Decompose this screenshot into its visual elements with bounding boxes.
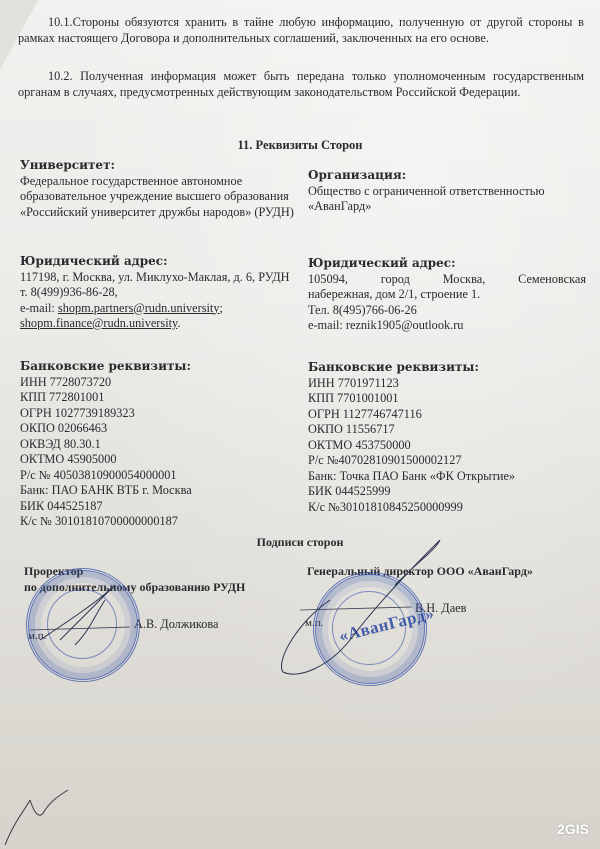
bank-line: ОКПО 11556717 bbox=[308, 422, 586, 438]
bank-line: ОГРН 1027739189323 bbox=[20, 406, 305, 422]
bank-line: БИК 044525999 bbox=[308, 484, 586, 500]
university-seal-stamp bbox=[26, 568, 140, 682]
bank-line: ОГРН 1127746747116 bbox=[308, 407, 586, 423]
bank-line: ОКТМО 45905000 bbox=[20, 452, 305, 468]
university-bank-label: Банковские реквизиты: bbox=[20, 359, 305, 375]
organization-name: Общество с ограниченной ответственностью… bbox=[308, 184, 586, 215]
organization-block: Организация: Общество с ограниченной отв… bbox=[308, 168, 586, 215]
2gis-watermark: 2GIS bbox=[557, 821, 589, 837]
bank-line: Банк: ПАО БАНК ВТБ г. Москва bbox=[20, 483, 305, 499]
bank-line: К/с №30101810845250000999 bbox=[308, 500, 586, 516]
university-address-label: Юридический адрес: bbox=[20, 254, 305, 270]
bank-line: ОКТМО 453750000 bbox=[308, 438, 586, 454]
organization-label: Организация: bbox=[308, 168, 586, 184]
bank-line: К/с № 30101810700000000187 bbox=[20, 514, 305, 530]
bank-line: КПП 7701001001 bbox=[308, 391, 586, 407]
organization-email: e-mail: reznik1905@outlook.ru bbox=[308, 318, 586, 334]
email-prefix: e-mail: bbox=[20, 301, 58, 315]
university-address: 117198, г. Москва, ул. Миклухо-Маклая, д… bbox=[20, 270, 305, 286]
email-end: . bbox=[177, 316, 180, 330]
organization-bank-label: Банковские реквизиты: bbox=[308, 360, 586, 376]
university-phone: т. 8(499)936-86-28, bbox=[20, 285, 305, 301]
right-signer-role: Генеральный директор ООО «АванГард» bbox=[307, 563, 533, 579]
organization-address-block: Юридический адрес: 105094, город Москва,… bbox=[308, 256, 586, 334]
organization-bank-block: Банковские реквизиты: ИНН 7701971123 КПП… bbox=[308, 360, 586, 515]
signatures-title: Подписи сторон bbox=[0, 535, 600, 550]
university-bank-block: Банковские реквизиты: ИНН 7728073720 КПП… bbox=[20, 359, 305, 530]
email-link-finance[interactable]: shopm.finance@rudn.university bbox=[20, 316, 177, 330]
bank-line: ОКВЭД 80.30.1 bbox=[20, 437, 305, 453]
organization-address-line2: набережная, дом 2/1, строение 1. bbox=[308, 287, 586, 303]
bank-line: Банк: Точка ПАО Банк «ФК Открытие» bbox=[308, 469, 586, 485]
email-link-partners[interactable]: shopm.partners@rudn.university bbox=[58, 301, 220, 315]
seal-inner-ring bbox=[47, 589, 117, 659]
university-block: Университет: Федеральное государственное… bbox=[20, 158, 305, 220]
clause-10-2: 10.2. Полученная информация может быть п… bbox=[18, 68, 584, 100]
bank-line: ИНН 7728073720 bbox=[20, 375, 305, 391]
section-title: 11. Реквизиты Сторон bbox=[0, 138, 600, 153]
bank-line: КПП 772801001 bbox=[20, 390, 305, 406]
university-email-line: e-mail: shopm.partners@rudn.university; bbox=[20, 301, 305, 317]
university-address-block: Юридический адрес: 117198, г. Москва, ул… bbox=[20, 254, 305, 332]
organization-address-line1: 105094, город Москва, Семеновская bbox=[308, 272, 586, 288]
bank-line: ОКПО 02066463 bbox=[20, 421, 305, 437]
bank-line: БИК 044525187 bbox=[20, 499, 305, 515]
clause-10-1: 10.1.Стороны обязуются хранить в тайне л… bbox=[18, 14, 584, 46]
organization-phone: Тел. 8(495)766-06-26 bbox=[308, 303, 586, 319]
email-separator: ; bbox=[220, 301, 223, 315]
bank-line: ИНН 7701971123 bbox=[308, 376, 586, 392]
bank-line: Р/с №40702810901500002127 bbox=[308, 453, 586, 469]
bank-line: Р/с № 40503810900054000001 bbox=[20, 468, 305, 484]
organization-seal-stamp: «АванГард» bbox=[313, 572, 427, 686]
left-signer-name: А.В. Должикова bbox=[134, 617, 219, 632]
organization-address-label: Юридический адрес: bbox=[308, 256, 586, 272]
university-name: Федеральное государственное автономное о… bbox=[20, 174, 305, 221]
university-label: Университет: bbox=[20, 158, 305, 174]
